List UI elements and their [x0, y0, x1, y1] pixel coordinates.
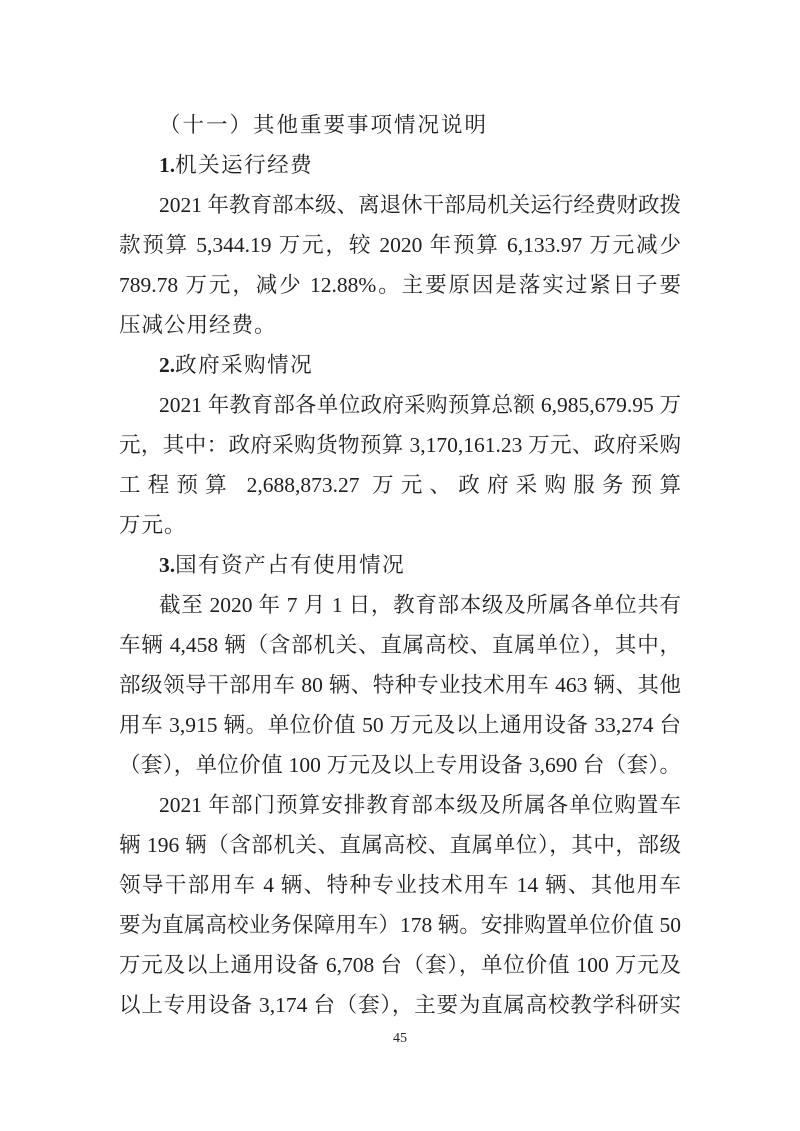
paragraph-3-line: （套），单位价值 100 万元及以上专用设备 3,690 台（套）。	[119, 745, 681, 785]
paragraph-3-line: 用车 3,915 辆。单位价值 50 万元及以上通用设备 33,274 台	[119, 705, 681, 745]
paragraph-1-line: 款预算 5,344.19 万元，较 2020 年预算 6,133.97 万元减少	[119, 225, 681, 265]
paragraph-4-line: 2021 年部门预算安排教育部本级及所属各单位购置车	[119, 785, 681, 825]
subsection-2-heading: 2.政府采购情况	[119, 345, 681, 385]
document-page: （十一）其他重要事项情况说明 1.机关运行经费 2021 年教育部本级、离退休干…	[0, 0, 800, 1131]
paragraph-4-line: 万元及以上通用设备 6,708 台（套），单位价值 100 万元及	[119, 945, 681, 985]
paragraph-2-line: 工程预算 2,688,873.27 万元、政府采购服务预算 1,126,645.…	[119, 465, 681, 505]
paragraph-1-line: 2021 年教育部本级、离退休干部局机关运行经费财政拨	[119, 185, 681, 225]
paragraph-1-line: 压减公用经费。	[119, 305, 681, 345]
paragraph-3-line: 车辆 4,458 辆（含部机关、直属高校、直属单位），其中，	[119, 625, 681, 665]
paragraph-4-line: 领导干部用车 4 辆、特种专业技术用车 14 辆、其他用车（主	[119, 865, 681, 905]
paragraph-1-line: 789.78 万元，减少 12.88%。主要原因是落实过紧日子要求，	[119, 265, 681, 305]
paragraph-4-line: 要为直属高校业务保障用车）178 辆。安排购置单位价值 50	[119, 905, 681, 945]
section-heading: （十一）其他重要事项情况说明	[119, 105, 681, 145]
paragraph-4-line: 以上专用设备 3,174 台（套），主要为直属高校教学科研实	[119, 985, 681, 1025]
paragraph-2-line: 元，其中：政府采购货物预算 3,170,161.23 万元、政府采购	[119, 425, 681, 465]
page-number: 45	[0, 1031, 800, 1047]
subsection-3-heading: 3.国有资产占有使用情况	[119, 545, 681, 585]
paragraph-3-line: 部级领导干部用车 80 辆、特种专业技术用车 463 辆、其他	[119, 665, 681, 705]
paragraph-4-line: 辆 196 辆（含部机关、直属高校、直属单位），其中，部级	[119, 825, 681, 865]
subsection-1-title: 机关运行经费	[175, 153, 313, 177]
subsection-2-number: 2.	[159, 353, 175, 377]
paragraph-2-line: 万元。	[119, 505, 681, 545]
paragraph-3-line: 截至 2020 年 7 月 1 日，教育部本级及所属各单位共有	[119, 585, 681, 625]
subsection-1-number: 1.	[159, 153, 175, 177]
subsection-1-heading: 1.机关运行经费	[119, 145, 681, 185]
paragraph-2-line: 2021 年教育部各单位政府采购预算总额 6,985,679.95 万	[119, 385, 681, 425]
document-content: （十一）其他重要事项情况说明 1.机关运行经费 2021 年教育部本级、离退休干…	[119, 105, 681, 1025]
subsection-3-title: 国有资产占有使用情况	[175, 553, 405, 577]
subsection-2-title: 政府采购情况	[175, 353, 313, 377]
subsection-3-number: 3.	[159, 553, 175, 577]
